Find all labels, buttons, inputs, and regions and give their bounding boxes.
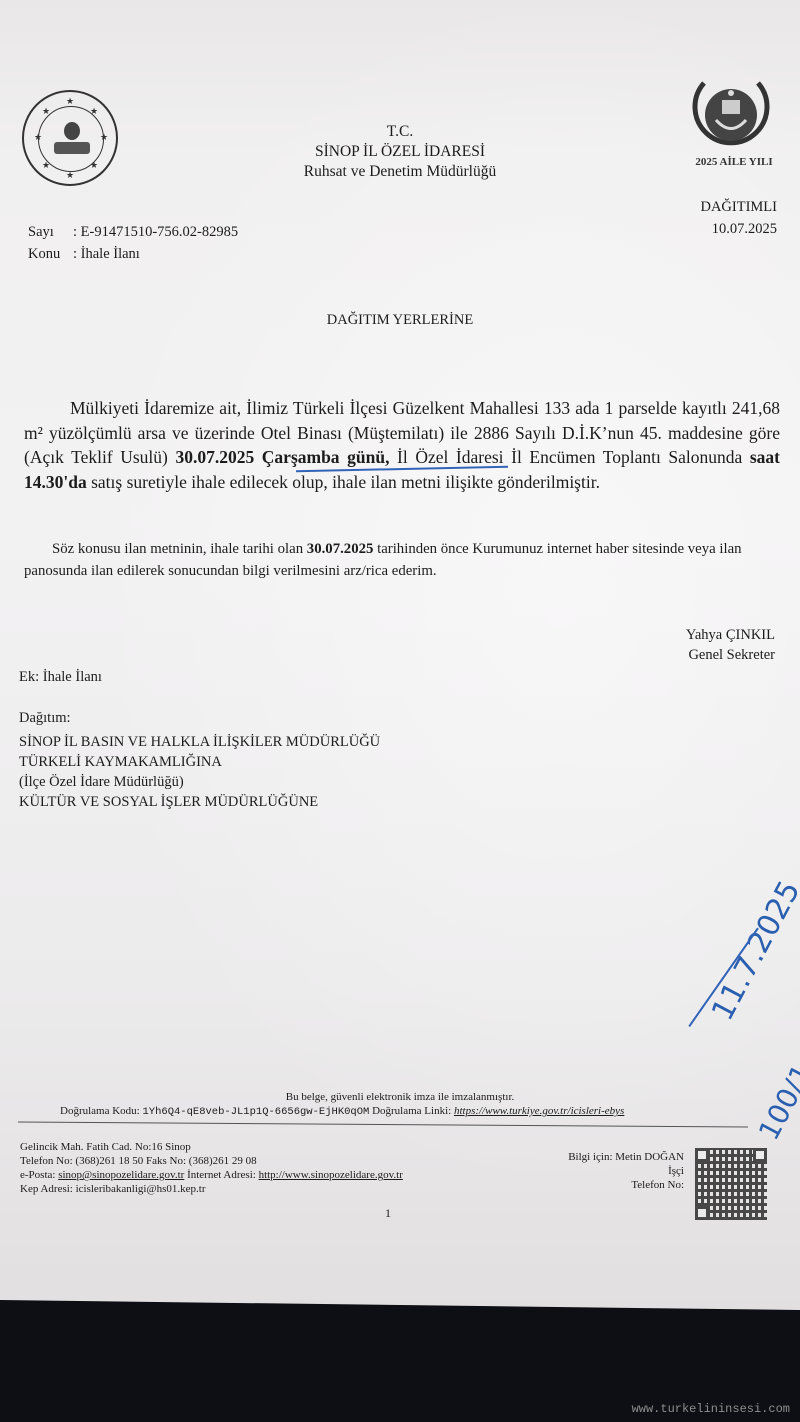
signature-block: Yahya ÇINKIL Genel Sekreter (600, 625, 775, 665)
header-department: Ruhsat ve Denetim Müdürlüğü (200, 162, 600, 182)
deadline-date: 30.07.2025 (307, 541, 374, 557)
document-page: ★ ★ ★ ★ ★ ★ ★ ★ T.C. SİNOP İL ÖZEL İDARE… (0, 0, 800, 1310)
verification-line: Doğrulama Kodu: 1Yh6Q4-qE8veb-JL1p1Q-665… (60, 1104, 624, 1119)
sayi-value: : E-91471510-756.02-82985 (73, 224, 238, 240)
footer-email-web: e-Posta: sinop@sinopozelidare.gov.tr İnt… (20, 1168, 403, 1182)
distribution-item: (İlçe Özel İdare Müdürlüğü) (19, 772, 380, 792)
header-tc: T.C. (200, 122, 600, 142)
footer-phone: Telefon No: (368)261 18 50 Faks No: (368… (20, 1154, 403, 1168)
letterhead: T.C. SİNOP İL ÖZEL İDARESİ Ruhsat ve Den… (200, 122, 600, 182)
footer-address: Gelincik Mah. Fatih Cad. No:16 Sinop (20, 1140, 403, 1154)
web-label: İnternet Adresi: (187, 1169, 256, 1181)
konu-label: Konu (28, 243, 73, 265)
footer-divider (18, 1121, 748, 1127)
site-watermark: www.turkelininsesi.com (632, 1402, 790, 1416)
attachment-note: Ek: İhale İlanı (19, 667, 102, 687)
email-link[interactable]: sinop@sinopozelidare.gov.tr (58, 1169, 184, 1181)
signatory-name: Yahya ÇINKIL (600, 625, 775, 645)
distribution-item: SİNOP İL BASIN VE HALKLA İLİŞKİLER MÜDÜR… (19, 732, 380, 752)
distribution-label-text: Dağıtım: (19, 708, 71, 728)
p1-text-c: satış suretiyle ihale edilecek olup, iha… (87, 472, 600, 492)
body-paragraph-2: Söz konusu ilan metninin, ihale tarihi o… (24, 539, 780, 582)
signatory-title: Genel Sekreter (600, 645, 775, 665)
family-year-label: 2025 AİLE YILI (684, 156, 784, 168)
info-phone: Telefon No: (540, 1178, 684, 1192)
info-contact: Bilgi için: Metin DOĞAN İşçi Telefon No: (540, 1150, 684, 1192)
document-meta: Sayı: E-91471510-756.02-82985 Konu: İhal… (28, 221, 238, 265)
info-person: Bilgi için: Metin DOĞAN (540, 1150, 684, 1164)
p1-text-b: İl Özel İdaresi İl Encümen Toplantı Salo… (389, 447, 749, 467)
verification-code-label: Doğrulama Kodu: (60, 1105, 140, 1117)
verification-link[interactable]: https://www.turkiye.gov.tr/icisleri-ebys (454, 1105, 624, 1117)
body-paragraph-1: Mülkiyeti İdaremize ait, İlimiz Türkeli … (24, 396, 780, 494)
distribution-label: DAĞITIMLI (685, 196, 777, 218)
page-number: 1 (0, 1206, 776, 1220)
sayi-label: Sayı (28, 221, 73, 243)
verification-link-label: Doğrulama Linki: (372, 1105, 451, 1117)
verification-code: 1Yh6Q4-qE8veb-JL1p1Q-6656gw-EjHK0qOM (142, 1106, 369, 1118)
footer-kep: Kep Adresi: icisleribakanligi@hs01.kep.t… (20, 1182, 403, 1196)
e-signature-note: Bu belge, güvenli elektronik imza ile im… (0, 1090, 800, 1104)
distribution-item: KÜLTÜR VE SOSYAL İŞLER MÜDÜRLÜĞÜNE (19, 792, 380, 812)
web-link[interactable]: http://www.sinopozelidare.gov.tr (259, 1169, 403, 1181)
letter-date: 10.07.2025 (685, 218, 777, 240)
p2-text-a: Söz konusu ilan metninin, ihale tarihi o… (52, 541, 307, 557)
distribution-list: SİNOP İL BASIN VE HALKLA İLİŞKİLER MÜDÜR… (19, 732, 380, 812)
distribution-date: DAĞITIMLI 10.07.2025 (685, 196, 777, 240)
header-institution: SİNOP İL ÖZEL İDARESİ (200, 142, 600, 162)
addressee: DAĞITIM YERLERİNE (0, 312, 800, 329)
footer-contact: Gelincik Mah. Fatih Cad. No:16 Sinop Tel… (20, 1140, 403, 1196)
auction-date: 30.07.2025 Çarşamba günü, (175, 447, 389, 467)
ministry-seal-icon: ★ ★ ★ ★ ★ ★ ★ ★ (22, 90, 118, 186)
family-year-logo-icon (686, 75, 776, 155)
email-label: e-Posta: (20, 1169, 55, 1181)
handwritten-date: 11.7.2025 (705, 875, 800, 1026)
konu-value: : İhale İlanı (73, 246, 140, 262)
distribution-item: TÜRKELİ KAYMAKAMLIĞINA (19, 752, 380, 772)
info-role: İşçi (540, 1164, 684, 1178)
